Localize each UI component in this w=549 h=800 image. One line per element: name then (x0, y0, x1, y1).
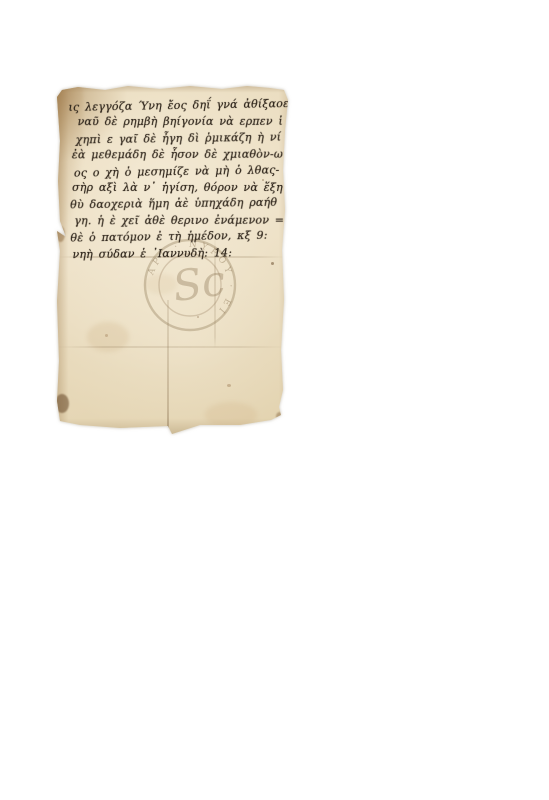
stamp-monogram: Sc (170, 255, 229, 311)
paper-sheet: ΑΡΙ · ΝΥΡΟΥ · ΕΙ Sc ις λεγγόζα Ύνη ἔος δ… (57, 84, 288, 434)
handwriting-line: θὺ δαοχεριὰ ἥμη ἀὲ ὑπηχάδη ραήθ (70, 195, 285, 214)
handwriting-line: ἐὰ μεθεμάδη δὲ ἧσον δὲ χμιαθὸν-ωγάνε (72, 147, 285, 164)
edge-blot (276, 412, 283, 421)
foxing-speck (262, 179, 264, 181)
manuscript-paper: ΑΡΙ · ΝΥΡΟΥ · ΕΙ Sc ις λεγγόζα Ύνη ἔος δ… (57, 84, 288, 434)
foxing-patch (205, 402, 257, 428)
handwriting-block: ις λεγγόζα Ύνη ἔος δηΐ γνά ἀθίξαοε ζῳ να… (68, 97, 285, 263)
handwriting-line: ναῦ δὲ ρημβὴ βηίγονία νὰ ερπεν ἰ θὲ (78, 114, 285, 131)
handwriting-line: σὴρ αξὶ λὰ ν᾽ ἡγίση, θόρον νὰ ἕξη (72, 180, 285, 196)
ink-blot (55, 394, 69, 413)
foxing-speck (271, 262, 274, 265)
handwriting-line: ος ο χὴ ὁ μεσημίζε νὰ μὴ ὁ λθας- (74, 162, 285, 182)
fold-crease-horizontal (57, 346, 285, 348)
scanned-page-background: ΑΡΙ · ΝΥΡΟΥ · ΕΙ Sc ις λεγγόζα Ύνη ἔος δ… (0, 0, 549, 800)
foxing-speck (227, 384, 231, 387)
handwriting-line: νηὴ σύδαν ἑ ᾽Ιαννυδὴ: 14: (72, 245, 285, 264)
foxing-speck (197, 316, 199, 318)
edge-blot (56, 226, 65, 242)
foxing-speck (105, 334, 108, 337)
